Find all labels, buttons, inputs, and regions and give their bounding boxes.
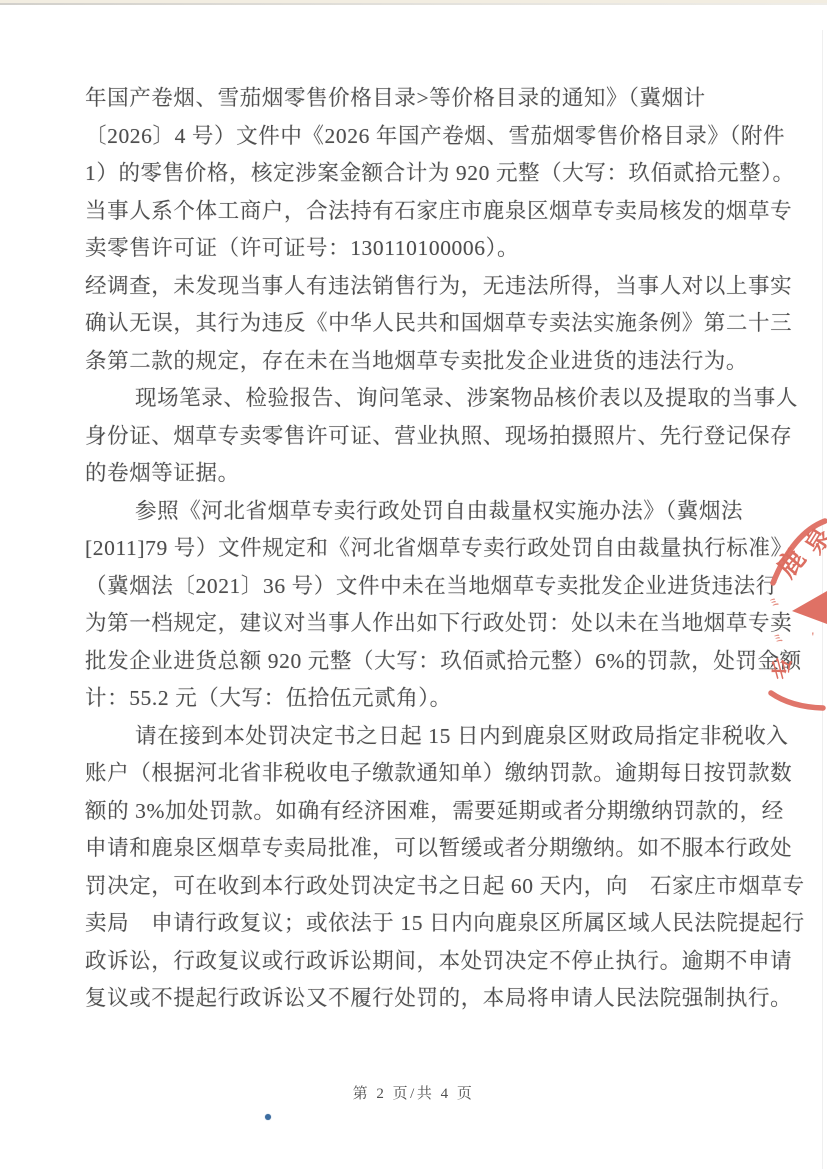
text-line: 政诉讼，行政复议或行政诉讼期间，本处罚决定不停止执行。逾期不申请 xyxy=(85,943,757,981)
scan-edge-line xyxy=(0,3,827,5)
text-line: 复议或不提起行政诉讼又不履行处罚的，本局将申请人民法院强制执行。 xyxy=(85,980,757,1018)
ink-dot-mark xyxy=(265,1114,271,1120)
text-line: 年国产卷烟、雪茄烟零售价格目录>等价格目录的通知》（冀烟计 xyxy=(85,80,757,118)
text-line: 身份证、烟草专卖零售许可证、营业执照、现场拍摄照片、先行登记保存 xyxy=(85,418,757,456)
text-line: 参照《河北省烟草专卖行政处罚自由裁量权实施办法》（冀烟法 xyxy=(85,493,757,531)
text-line: 确认无误，其行为违反《中华人民共和国烟草专卖法实施条例》第二十三 xyxy=(85,305,757,343)
text-line: 〔2026〕4 号）文件中《2026 年国产卷烟、雪茄烟零售价格目录》（附件 xyxy=(85,118,757,156)
seal-speckle-3: ' xyxy=(811,629,815,644)
text-line: [2011]79 号）文件规定和《河北省烟草专卖行政处罚自由裁量执行标准》 xyxy=(85,530,757,568)
text-line: 现场笔录、检验报告、询问笔录、涉案物品核价表以及提取的当事人 xyxy=(85,380,757,418)
text-line: 当事人系个体工商户，合法持有石家庄市鹿泉区烟草专卖局核发的烟草专 xyxy=(85,193,757,231)
text-line: 经调查，未发现当事人有违法销售行为，无违法所得，当事人对以上事实 xyxy=(85,268,757,306)
text-line: 为第一档规定，建议对当事人作出如下行政处罚：处以未在当地烟草专卖 xyxy=(85,605,757,643)
text-line: 卖局 申请行政复议；或依法于 15 日内向鹿泉区所属区域人民法院提起行 xyxy=(85,905,757,943)
seal-bottom-arc xyxy=(771,693,823,708)
text-line: 账户（根据河北省非税收电子缴款通知单）缴纳罚款。逾期每日按罚款数 xyxy=(85,755,757,793)
text-line: 卖零售许可证（许可证号：130110100006）。 xyxy=(85,230,757,268)
text-line: 请在接到本处罚决定书之日起 15 日内到鹿泉区财政局指定非税收入 xyxy=(85,718,757,756)
page-number-footer: 第 2 页/共 4 页 xyxy=(0,1082,827,1103)
text-line: 的卷烟等证据。 xyxy=(85,455,757,493)
text-line: （冀烟法〔2021〕36 号）文件中未在当地烟草专卖批发企业进货违法行 xyxy=(85,568,757,606)
page-number-label: 第 2 页/共 4 页 xyxy=(353,1086,475,1102)
text-line: 申请和鹿泉区烟草专卖局批准，可以暂缓或者分期缴纳。如不服本行政处 xyxy=(85,830,757,868)
scanned-document-page: 年国产卷烟、雪茄烟零售价格目录>等价格目录的通知》（冀烟计〔2026〕4 号）文… xyxy=(0,0,827,1169)
text-line: 计：55.2 元（大写：伍拾伍元贰角）。 xyxy=(85,680,757,718)
text-line: 条第二款的规定，存在未在当地烟草专卖批发企业进货的违法行为。 xyxy=(85,343,757,381)
text-line: 1）的零售价格，核定涉案金额合计为 920 元整（大写：玖佰贰拾元整）。 xyxy=(85,155,757,193)
document-body: 年国产卷烟、雪茄烟零售价格目录>等价格目录的通知》（冀烟计〔2026〕4 号）文… xyxy=(85,80,757,1018)
text-line: 批发企业进货总额 920 元整（大写：玖佰贰拾元整）6%的罚款，处罚金额 xyxy=(85,643,757,681)
text-line: 额的 3%加处罚款。如确有经济困难，需要延期或者分期缴纳罚款的，经 xyxy=(85,793,757,831)
scan-edge-right xyxy=(822,30,823,1169)
text-line: 罚决定，可在收到本行政处罚决定书之日起 60 天内，向 石家庄市烟草专 xyxy=(85,868,757,906)
